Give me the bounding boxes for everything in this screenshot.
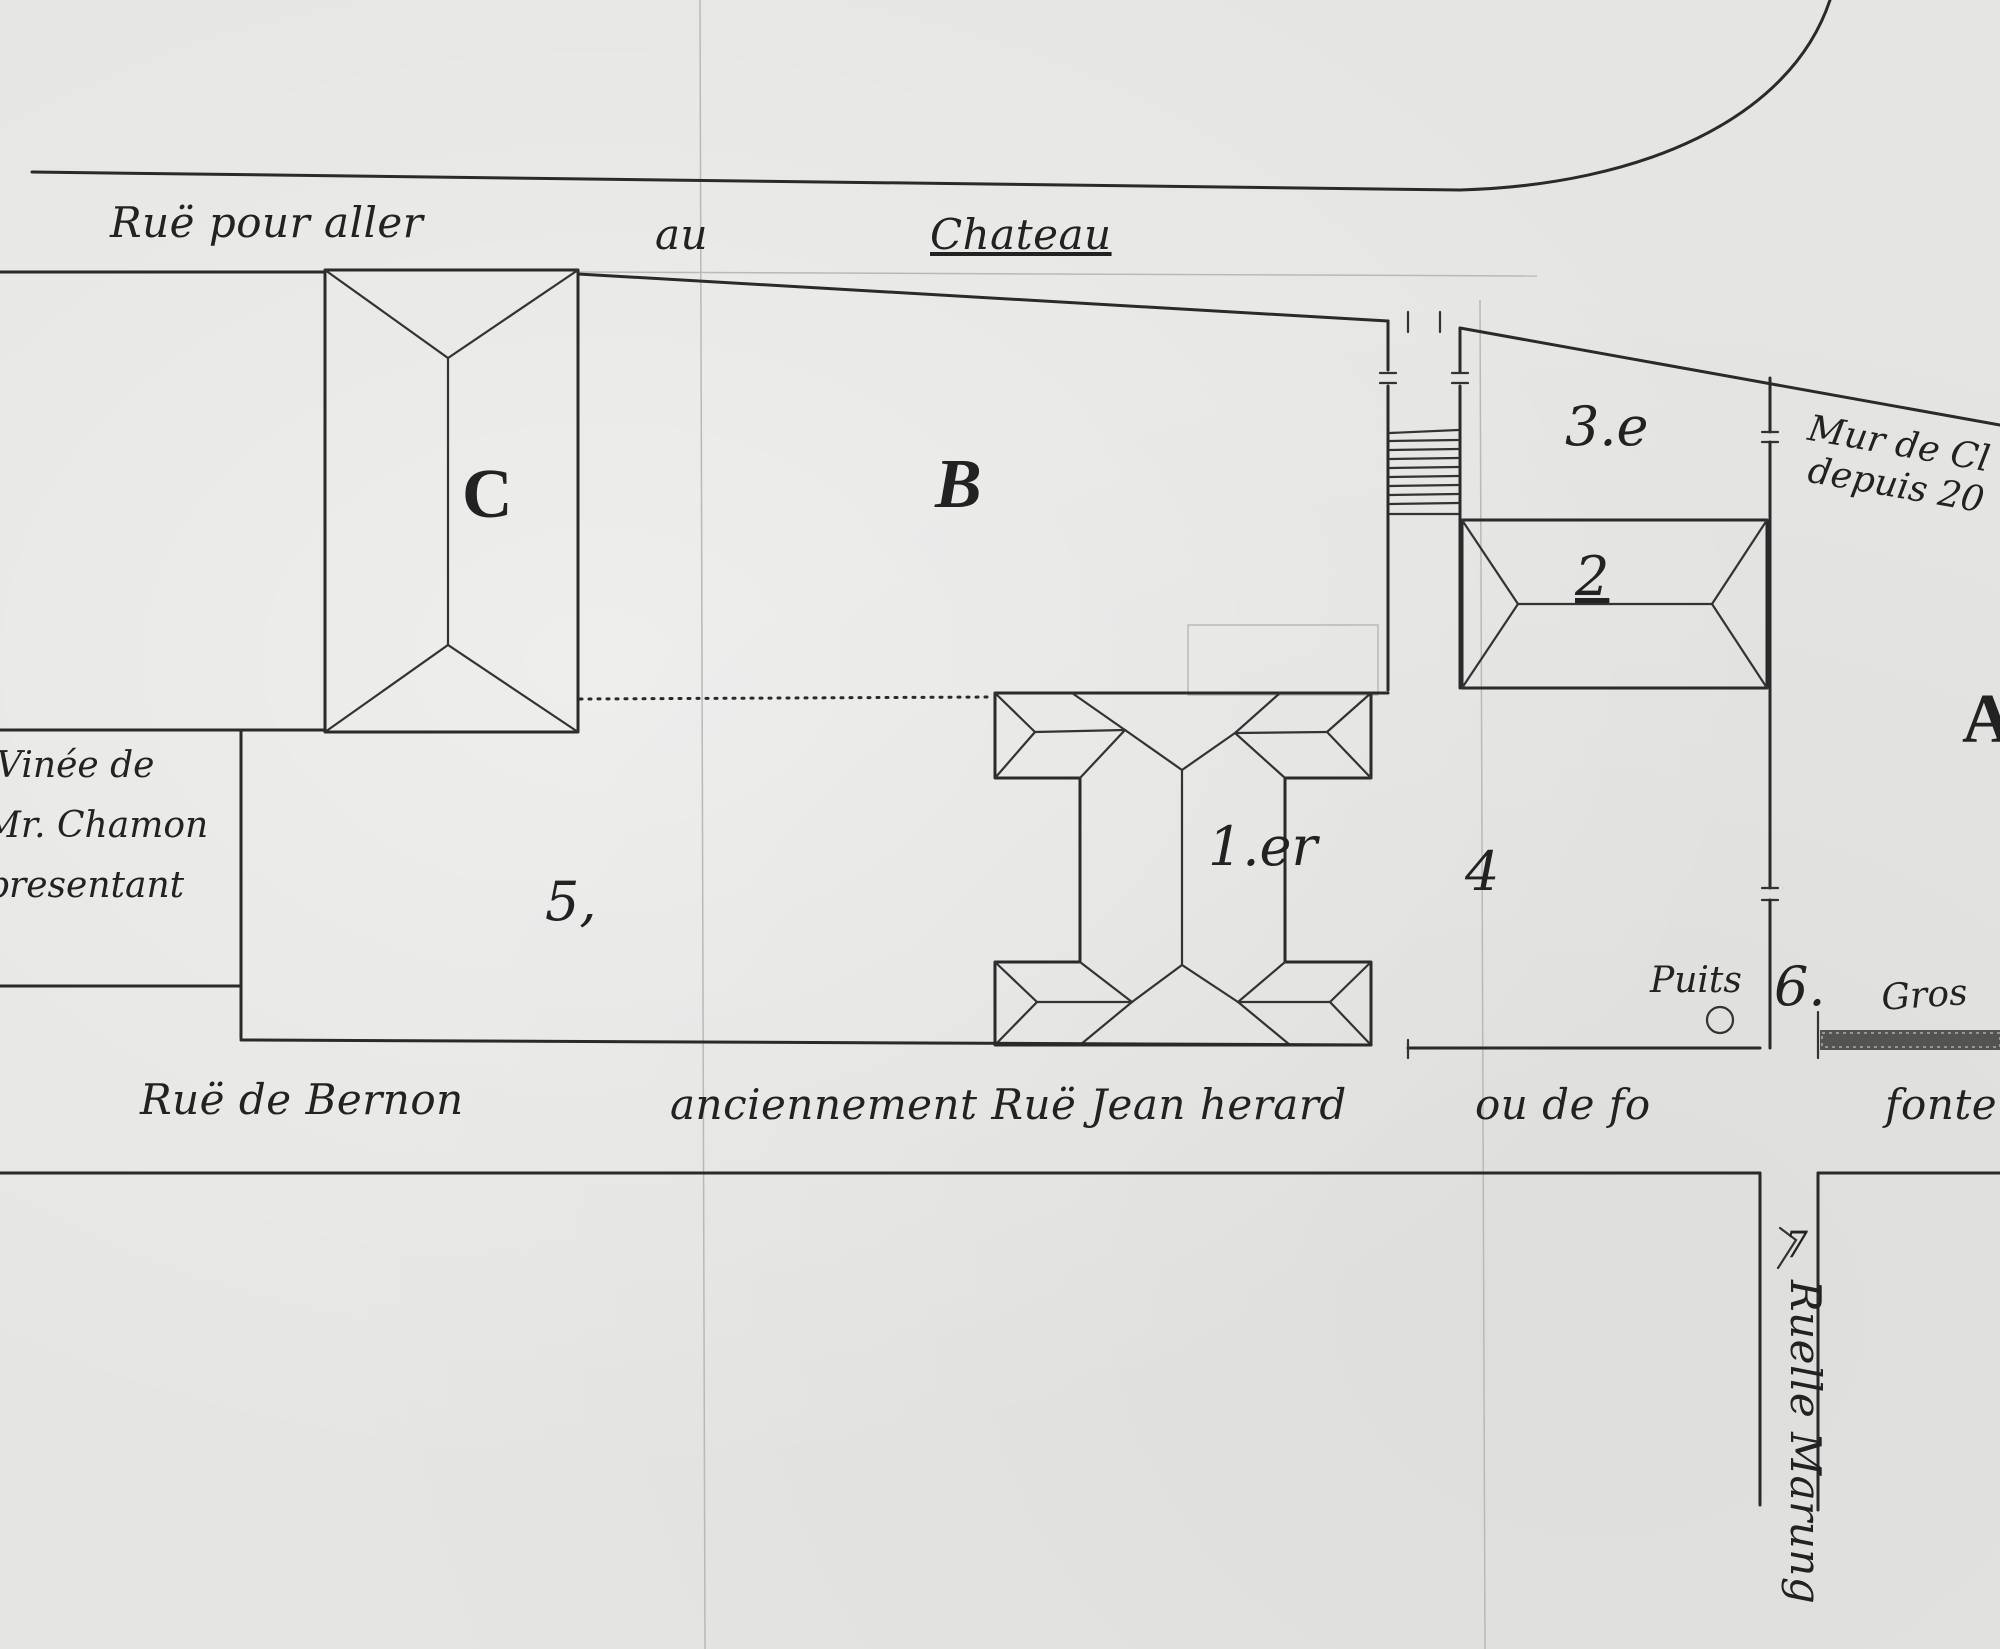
area-label-3: 3.e [1565, 395, 1648, 458]
building-2 [1462, 520, 1767, 688]
area-label-5: 5, [545, 870, 597, 933]
east-wall [1762, 378, 1778, 1048]
street-label-north-2: au [655, 210, 708, 259]
street-label-south-2: anciennement Ruë Jean herard [670, 1080, 1347, 1129]
parcel-b-north-boundary [578, 274, 1388, 321]
neighbor-note-line1: Vinée de [0, 745, 154, 786]
stairs-hatching [1390, 430, 1458, 514]
dotted-alignment-line [580, 697, 990, 699]
street-label-north-3: Chateau [930, 210, 1112, 259]
street-label-south-3: ou de fo [1475, 1080, 1651, 1129]
well-label: Puits [1650, 960, 1742, 1001]
well-circle [1707, 1007, 1733, 1033]
area-label-6: 6. [1774, 955, 1826, 1018]
area-label-4: 4 [1465, 840, 1499, 903]
building-label-2: 2 [1575, 545, 1609, 608]
street-label-north-1: Ruë pour aller [110, 198, 423, 247]
building-label-1: 1.er [1208, 815, 1317, 878]
gros-label: Gros [1880, 972, 1969, 1019]
neighbor-note-line3: presentant [0, 865, 184, 906]
street-edge-south-top [241, 1040, 1371, 1045]
pencil-outline [1188, 625, 1378, 695]
building-c [325, 270, 578, 732]
street-label-south-1: Ruë de Bernon [140, 1075, 464, 1124]
north-road-curve [32, 0, 1830, 190]
parcel-label-a: A [1962, 680, 2000, 760]
paper-crease [1480, 300, 1485, 1649]
street-label-south-4: fonte [1885, 1080, 1997, 1129]
parcel-label-b: B [935, 445, 982, 525]
parcel-label-c: C [462, 455, 513, 535]
alley-label: Ruelle Marung [1781, 1280, 1830, 1604]
alley-number-label: 7 [1785, 1225, 1808, 1266]
gate-passage [1380, 312, 1468, 690]
parcel-3-north-boundary [1460, 328, 2000, 425]
hatched-wall [1818, 1012, 2000, 1058]
street-edge-faint [578, 272, 1537, 276]
neighbor-note-line2: Mr. Chamon [0, 805, 208, 846]
